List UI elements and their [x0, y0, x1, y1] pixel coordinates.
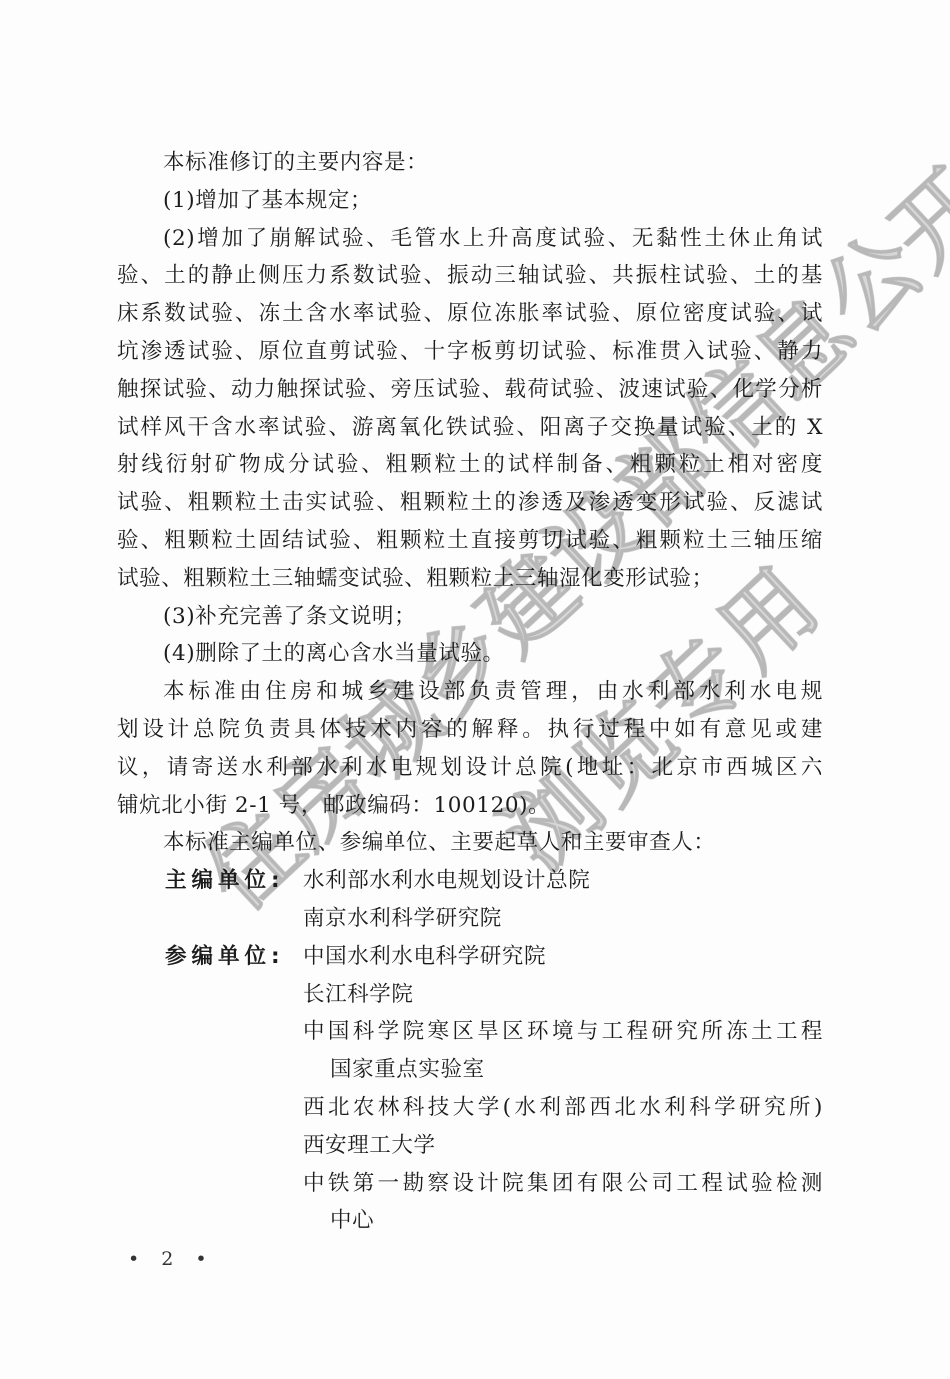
paragraph-line: 试样风干含水率试验、游离氧化铁试验、阳离子交换量试验、土的 X — [117, 409, 823, 447]
paragraph-line: 验、土的静止侧压力系数试验、振动三轴试验、共振柱试验、土的基 — [117, 257, 823, 295]
revision-item-3: (3)补充完善了条文说明； — [117, 598, 823, 636]
intro-heading: 本标准修订的主要内容是： — [117, 144, 823, 182]
paragraph-line: (2)增加了崩解试验、毛管水上升高度试验、无黏性土休止角试 — [117, 220, 823, 258]
unit-name: 中国科学院寒区旱区环境与工程研究所冻土工程 — [303, 1013, 823, 1051]
unit-name-continued: 中心 — [330, 1202, 850, 1240]
paragraph-line: 划设计总院负责具体技术内容的解释。执行过程中如有意见或建 — [117, 711, 823, 749]
paragraph-line: 试验、粗颗粒土击实试验、粗颗粒土的渗透及渗透变形试验、反滤试 — [117, 484, 823, 522]
chief-editor-label: 主编单位: — [165, 862, 285, 900]
management-paragraph: 本标准由住房和城乡建设部负责管理，由水利部水利水电规 划设计总院负责具体技术内容… — [117, 673, 823, 824]
paragraph-line: 本标准由住房和城乡建设部负责管理，由水利部水利水电规 — [117, 673, 823, 711]
paragraph-line: 验、粗颗粒土固结试验、粗颗粒土直接剪切试验、粗颗粒土三轴压缩 — [117, 522, 823, 560]
unit-name: 中铁第一勘察设计院集团有限公司工程试验检测 — [303, 1165, 823, 1203]
unit-name: 西北农林科技大学(水利部西北水利科学研究所) — [303, 1089, 823, 1127]
unit-name-continued: 国家重点实验室 — [330, 1051, 850, 1089]
chief-editor-units: 主编单位: 水利部水利水电规划设计总院 南京水利科学研究院 — [117, 862, 823, 938]
document-body: 本标准修订的主要内容是： (1)增加了基本规定； (2)增加了崩解试验、毛管水上… — [117, 144, 823, 1240]
paragraph-line: 议，请寄送水利部水利水电规划设计总院(地址：北京市西城区六 — [117, 749, 823, 787]
paragraph-line: 试验、粗颗粒土三轴蠕变试验、粗颗粒土三轴湿化变形试验； — [117, 560, 823, 598]
paragraph-line: 射线衍射矿物成分试验、粗颗粒土的试样制备、粗颗粒土相对密度 — [117, 446, 823, 484]
paragraph-line: 坑渗透试验、原位直剪试验、十字板剪切试验、标准贯入试验、静力 — [117, 333, 823, 371]
revision-item-4: (4)删除了土的离心含水当量试验。 — [117, 635, 823, 673]
unit-name: 西安理工大学 — [303, 1127, 823, 1165]
revision-item-1: (1)增加了基本规定； — [117, 182, 823, 220]
participating-units: 参编单位: 中国水利水电科学研究院 长江科学院 中国科学院寒区旱区环境与工程研究… — [117, 938, 823, 1240]
revision-item-2: (2)增加了崩解试验、毛管水上升高度试验、无黏性土休止角试 验、土的静止侧压力系… — [117, 220, 823, 598]
paragraph-line: 铺炕北小街 2-1 号，邮政编码：100120)。 — [117, 787, 823, 825]
units-intro: 本标准主编单位、参编单位、主要起草人和主要审查人： — [117, 824, 823, 862]
unit-name: 中国水利水电科学研究院 — [303, 938, 823, 976]
unit-name: 水利部水利水电规划设计总院 — [303, 862, 823, 900]
page-number: • 2 • — [128, 1248, 215, 1270]
participating-label: 参编单位: — [165, 938, 285, 976]
paragraph-line: 触探试验、动力触探试验、旁压试验、载荷试验、波速试验、化学分析 — [117, 371, 823, 409]
unit-name: 长江科学院 — [303, 976, 823, 1014]
unit-name: 南京水利科学研究院 — [303, 900, 823, 938]
document-page: 住房城乡建设部信息公开 浏览专用 本标准修订的主要内容是： (1)增加了基本规定… — [0, 0, 950, 1379]
paragraph-line: 床系数试验、冻土含水率试验、原位冻胀率试验、原位密度试验、试 — [117, 295, 823, 333]
